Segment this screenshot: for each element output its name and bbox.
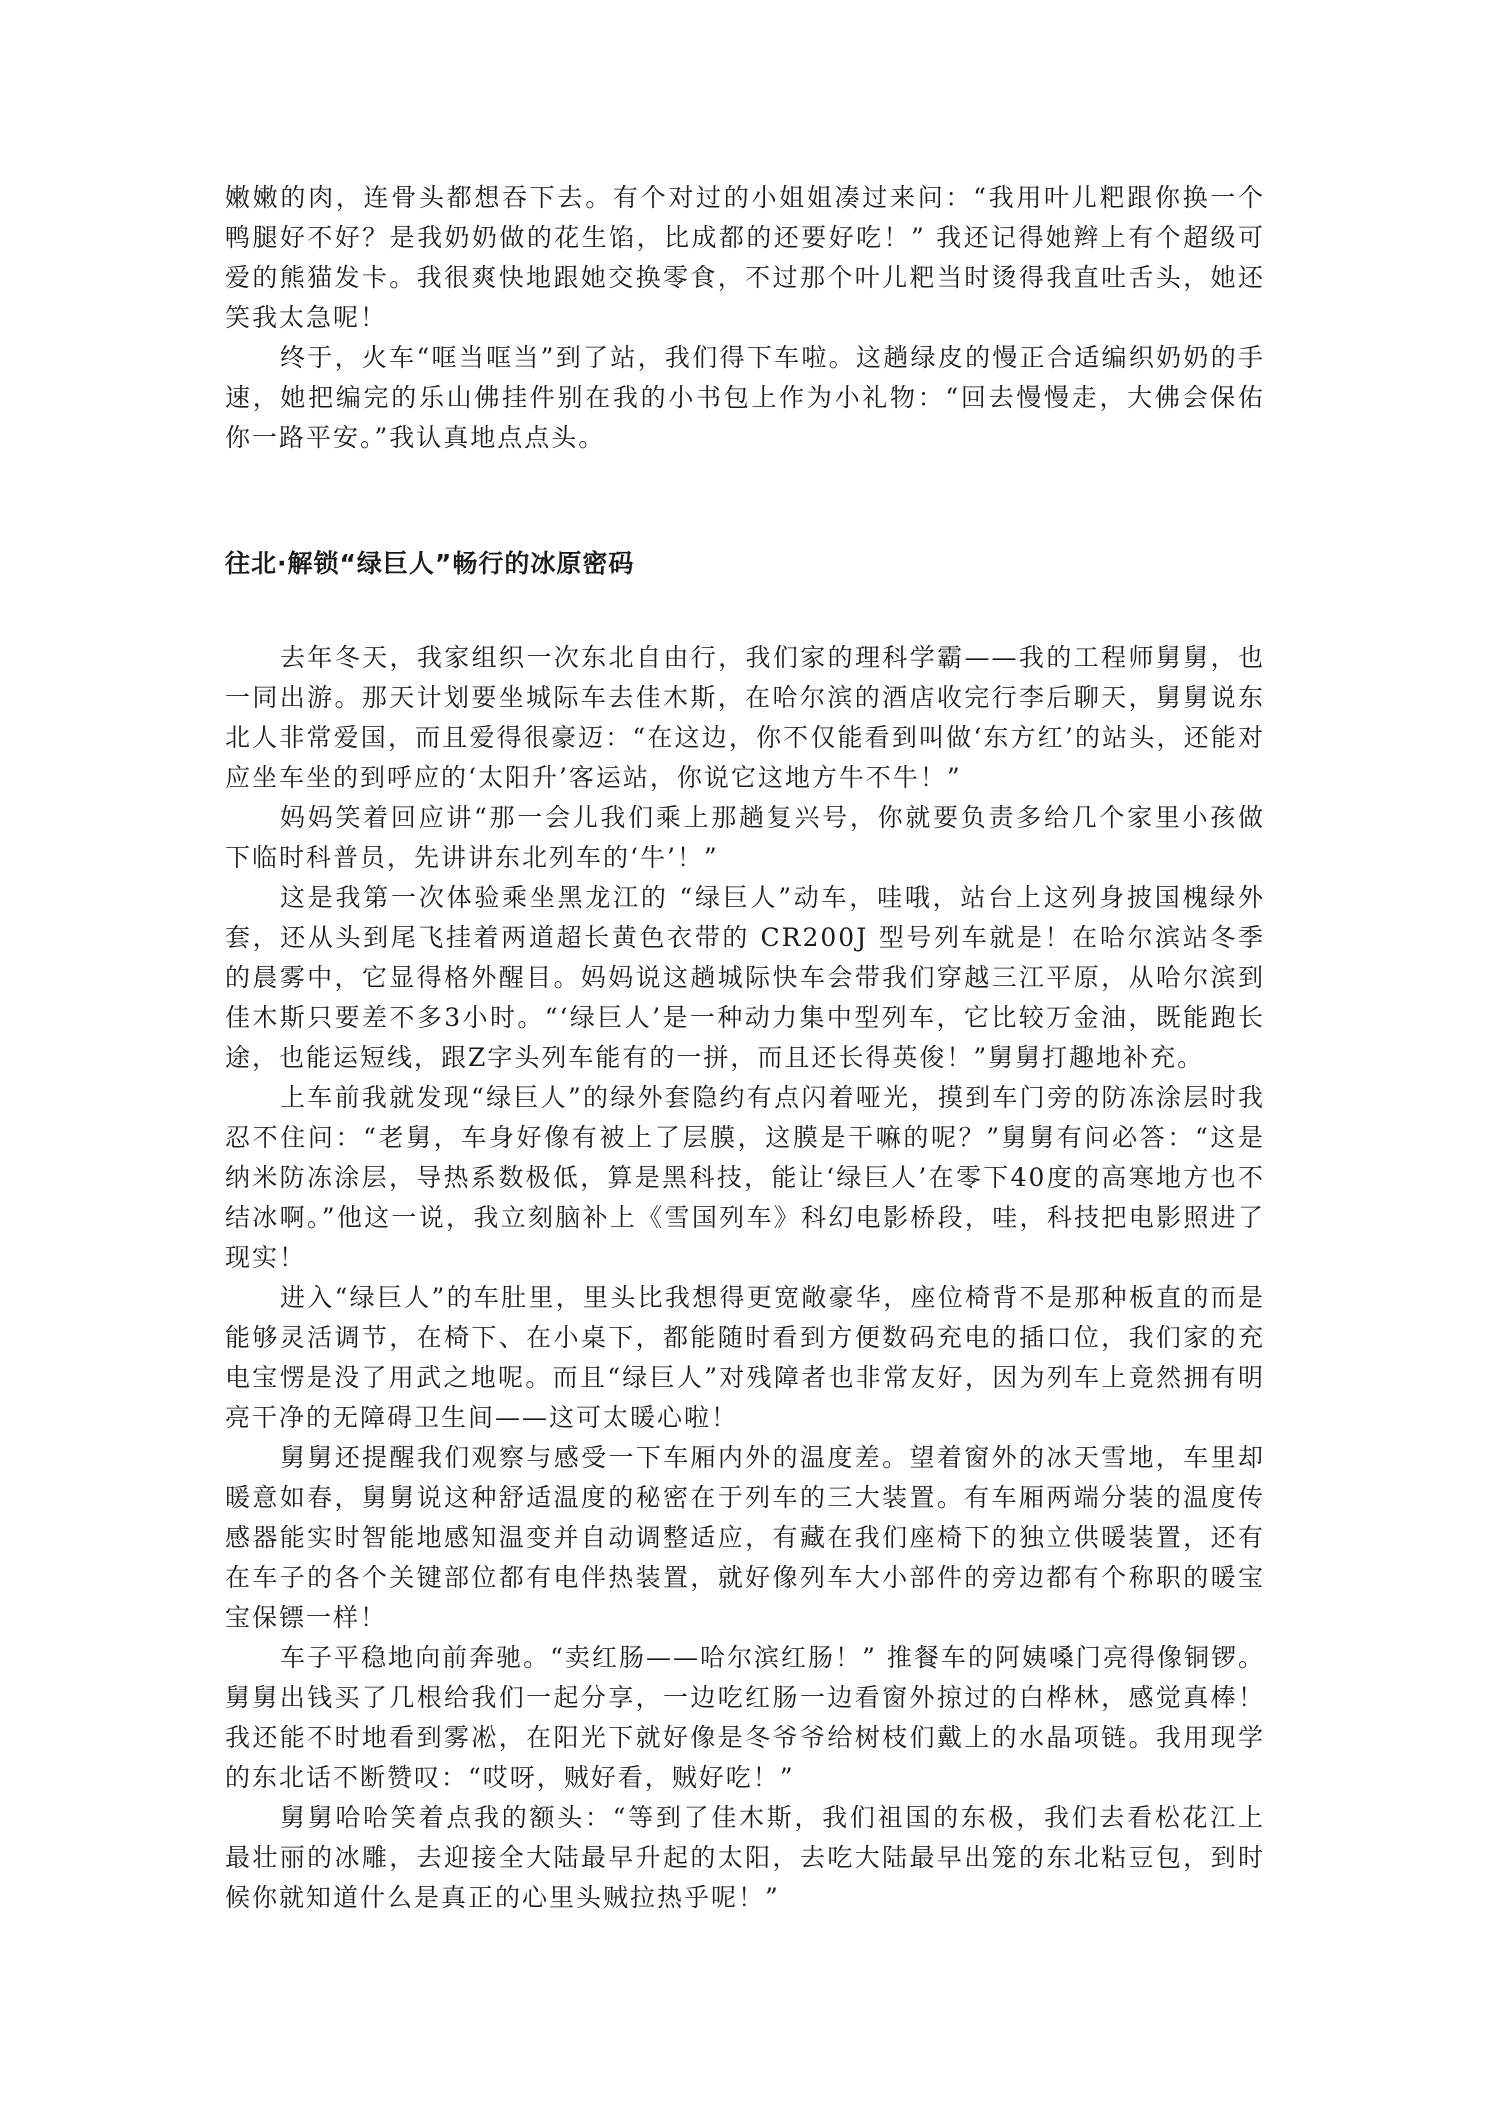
- paragraph: 终于，火车“哐当哐当”到了站，我们得下车啦。这趟绿皮的慢正合适编织奶奶的手速，她…: [225, 338, 1265, 458]
- paragraph: 这是我第一次体验乘坐黑龙江的 “绿巨人”动车，哇哦，站台上这列身披国槐绿外套，还…: [225, 878, 1265, 1078]
- section-north: 往北·解锁“绿巨人”畅行的冰原密码 去年冬天，我家组织一次东北自由行，我们家的理…: [225, 544, 1265, 1918]
- section-spacer: [225, 458, 1265, 544]
- heading-spacer: [225, 584, 1265, 638]
- paragraph: 车子平稳地向前奔驰。“卖红肠——哈尔滨红肠！” 推餐车的阿姨嗓门亮得像铜锣。舅舅…: [225, 1638, 1265, 1798]
- document-page: 嫩嫩的肉，连骨头都想吞下去。有个对过的小姐姐凑过来问：“我用叶儿粑跟你换一个鸭腿…: [225, 178, 1265, 1918]
- paragraph: 上车前我就发现“绿巨人”的绿外套隐约有点闪着哑光，摸到车门旁的防冻涂层时我忍不住…: [225, 1078, 1265, 1278]
- paragraph: 妈妈笑着回应讲“那一会儿我们乘上那趟复兴号，你就要负责多给几个家里小孩做下临时科…: [225, 798, 1265, 878]
- section-sichuan-ending: 嫩嫩的肉，连骨头都想吞下去。有个对过的小姐姐凑过来问：“我用叶儿粑跟你换一个鸭腿…: [225, 178, 1265, 458]
- paragraph: 舅舅还提醒我们观察与感受一下车厢内外的温度差。望着窗外的冰天雪地，车里却暖意如春…: [225, 1438, 1265, 1638]
- paragraph: 舅舅哈哈笑着点我的额头：“等到了佳木斯，我们祖国的东极，我们去看松花江上最壮丽的…: [225, 1798, 1265, 1918]
- section-heading: 往北·解锁“绿巨人”畅行的冰原密码: [225, 544, 1265, 584]
- paragraph: 去年冬天，我家组织一次东北自由行，我们家的理科学霸——我的工程师舅舅，也一同出游…: [225, 638, 1265, 798]
- paragraph: 进入“绿巨人”的车肚里，里头比我想得更宽敞豪华，座位椅背不是那种板直的而是能够灵…: [225, 1278, 1265, 1438]
- paragraph: 嫩嫩的肉，连骨头都想吞下去。有个对过的小姐姐凑过来问：“我用叶儿粑跟你换一个鸭腿…: [225, 178, 1265, 338]
